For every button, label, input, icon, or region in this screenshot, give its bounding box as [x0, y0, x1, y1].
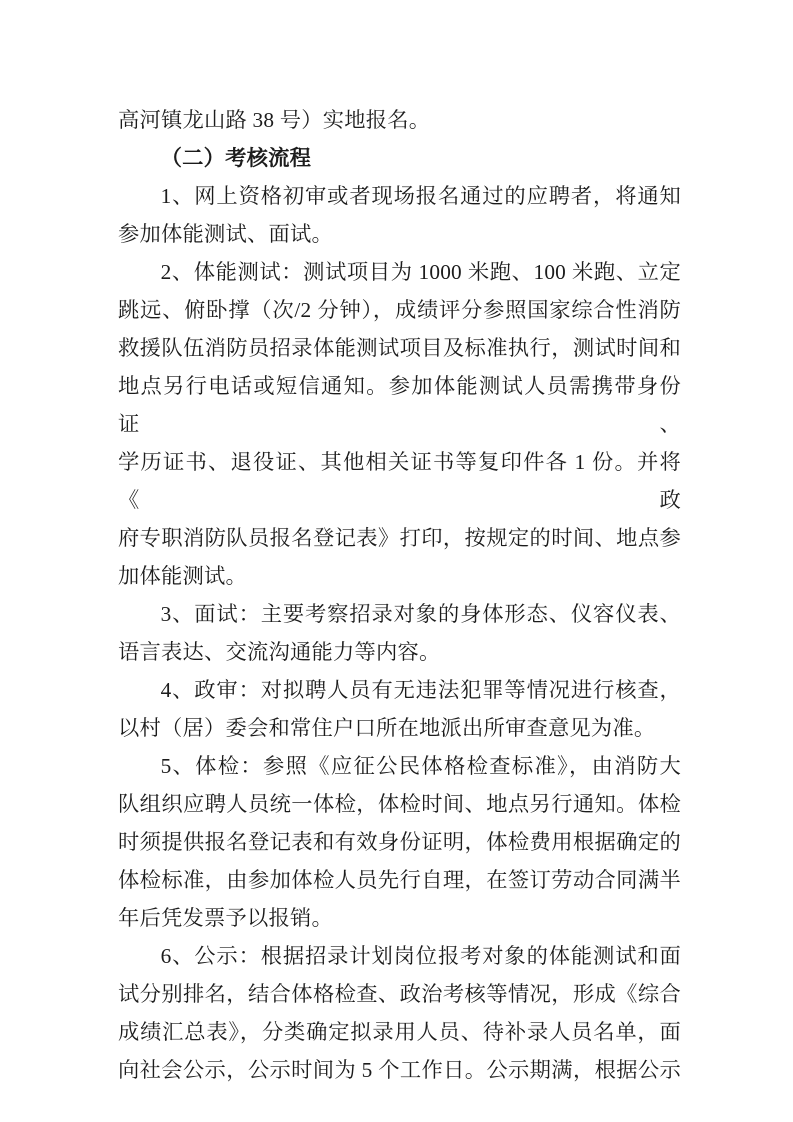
text-line: 年后凭发票予以报销。: [118, 899, 681, 937]
text-line: 3、面试：主要考察招录对象的身体形态、仪容仪表、: [118, 595, 681, 633]
section-heading-assessment-process: （二）考核流程: [118, 139, 681, 177]
text-line: 试分别排名，结合体格检查、政治考核等情况，形成《综合: [118, 975, 681, 1013]
text-line: 以村（居）委会和常住户口所在地派出所审查意见为准。: [118, 709, 681, 747]
item-6-public-announcement: 6、公示：根据招录计划岗位报考对象的体能测试和面试分别排名，结合体格检查、政治考…: [118, 937, 681, 1089]
text-line: 学历证书、退役证、其他相关证书等复印件各 1 份。并将《政: [118, 443, 681, 519]
item-5-medical-examination: 5、体检：参照《应征公民体格检查标准》，由消防大队组织应聘人员统一体检，体检时间…: [118, 747, 681, 937]
text-line: 时须提供报名登记表和有效身份证明，体检费用根据确定的: [118, 823, 681, 861]
document-page: 高河镇龙山路 38 号）实地报名。（二）考核流程1、网上资格初审或者现场报名通过…: [0, 0, 793, 1122]
text-line: 高河镇龙山路 38 号）实地报名。: [118, 101, 681, 139]
text-line: 2、体能测试：测试项目为 1000 米跑、100 米跑、立定: [118, 253, 681, 291]
text-line: 向社会公示，公示时间为 5 个工作日。公示期满，根据公示: [118, 1051, 681, 1089]
text-line: 跳远、俯卧撑（次/2 分钟），成绩评分参照国家综合性消防: [118, 291, 681, 329]
item-2-physical-fitness-test: 2、体能测试：测试项目为 1000 米跑、100 米跑、立定跳远、俯卧撑（次/2…: [118, 253, 681, 595]
text-line: 6、公示：根据招录计划岗位报考对象的体能测试和面: [118, 937, 681, 975]
text-line: （二）考核流程: [118, 139, 681, 177]
text-line: 体检标准，由参加体检人员先行自理，在签订劳动合同满半: [118, 861, 681, 899]
text-line: 语言表达、交流沟通能力等内容。: [118, 633, 681, 671]
item-1-qualification-review: 1、网上资格初审或者现场报名通过的应聘者，将通知参加体能测试、面试。: [118, 177, 681, 253]
text-line: 队组织应聘人员统一体检，体检时间、地点另行通知。体检: [118, 785, 681, 823]
text-line: 成绩汇总表》，分类确定拟录用人员、待补录人员名单，面: [118, 1013, 681, 1051]
text-line: 5、体检：参照《应征公民体格检查标准》，由消防大: [118, 747, 681, 785]
text-line: 参加体能测试、面试。: [118, 215, 681, 253]
text-line: 救援队伍消防员招录体能测试项目及标准执行，测试时间和: [118, 329, 681, 367]
text-line: 4、政审：对拟聘人员有无违法犯罪等情况进行核查，: [118, 671, 681, 709]
document-content: 高河镇龙山路 38 号）实地报名。（二）考核流程1、网上资格初审或者现场报名通过…: [118, 101, 681, 1089]
text-line: 地点另行电话或短信通知。参加体能测试人员需携带身份证、: [118, 367, 681, 443]
item-3-interview: 3、面试：主要考察招录对象的身体形态、仪容仪表、语言表达、交流沟通能力等内容。: [118, 595, 681, 671]
text-line: 府专职消防队员报名登记表》打印，按规定的时间、地点参: [118, 519, 681, 557]
text-line: 加体能测试。: [118, 557, 681, 595]
item-4-political-review: 4、政审：对拟聘人员有无违法犯罪等情况进行核查，以村（居）委会和常住户口所在地派…: [118, 671, 681, 747]
continuation-paragraph: 高河镇龙山路 38 号）实地报名。: [118, 101, 681, 139]
text-line: 1、网上资格初审或者现场报名通过的应聘者，将通知: [118, 177, 681, 215]
